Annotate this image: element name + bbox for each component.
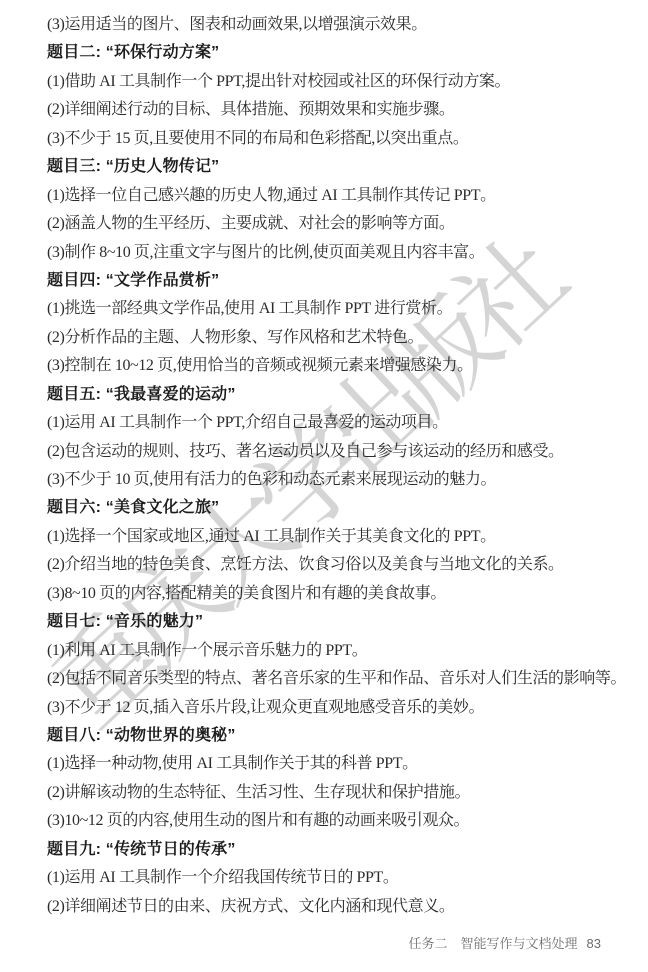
topic-heading: 题目二: “环保行动方案” bbox=[47, 39, 607, 67]
page-footer: 任务二智能写作与文档处理83 bbox=[409, 933, 602, 952]
footer-section-title: 智能写作与文档处理 bbox=[461, 936, 578, 951]
requirement-line: (2)包括不同音乐类型的特点、著名音乐家的生平和作品、音乐对人们生活的影响等。 bbox=[47, 665, 607, 693]
footer-task-label: 任务二 bbox=[409, 936, 448, 951]
topic-heading: 题目七: “音乐的魅力” bbox=[47, 608, 607, 636]
requirement-line: (1)挑选一部经典文学作品,使用 AI 工具制作 PPT 进行赏析。 bbox=[47, 295, 607, 323]
requirement-line: (2)详细阐述节日的由来、庆祝方式、文化内涵和现代意义。 bbox=[47, 893, 607, 921]
requirement-line: (3)不少于 10 页,使用有活力的色彩和动态元素来展现运动的魅力。 bbox=[47, 466, 607, 494]
requirement-line: (2)涵盖人物的生平经历、主要成就、对社会的影响等方面。 bbox=[47, 210, 607, 238]
requirement-line: (2)详细阐述行动的目标、具体措施、预期效果和实施步骤。 bbox=[47, 96, 607, 124]
requirement-line: (1)利用 AI 工具制作一个展示音乐魅力的 PPT。 bbox=[47, 637, 607, 665]
requirement-line: (1)选择一种动物,使用 AI 工具制作关于其的科普 PPT。 bbox=[47, 750, 607, 778]
requirement-line: (1)选择一个国家或地区,通过 AI 工具制作关于其美食文化的 PPT。 bbox=[47, 523, 607, 551]
topic-heading: 题目九: “传统节日的传承” bbox=[47, 836, 607, 864]
requirement-line: (2)包含运动的规则、技巧、著名运动员以及自己参与该运动的经历和感受。 bbox=[47, 438, 607, 466]
requirement-line: (2)讲解该动物的生态特征、生活习性、生存现状和保护措施。 bbox=[47, 779, 607, 807]
document-content: (3)运用适当的图片、图表和动画效果,以增强演示效果。题目二: “环保行动方案”… bbox=[47, 11, 607, 921]
requirement-line: (1)运用 AI 工具制作一个介绍我国传统节日的 PPT。 bbox=[47, 864, 607, 892]
requirement-line: (3)10~12 页的内容,使用生动的图片和有趣的动画来吸引观众。 bbox=[47, 807, 607, 835]
requirement-line: (1)借助 AI 工具制作一个 PPT,提出针对校园或社区的环保行动方案。 bbox=[47, 68, 607, 96]
requirement-line: (3)8~10 页的内容,搭配精美的美食图片和有趣的美食故事。 bbox=[47, 580, 607, 608]
requirement-line: (3)不少于 15 页,且要使用不同的布局和色彩搭配,以突出重点。 bbox=[47, 125, 607, 153]
topic-heading: 题目八: “动物世界的奥秘” bbox=[47, 722, 607, 750]
requirement-line: (1)运用 AI 工具制作一个 PPT,介绍自己最喜爱的运动项目。 bbox=[47, 409, 607, 437]
topic-heading: 题目六: “美食文化之旅” bbox=[47, 494, 607, 522]
requirement-line: (2)分析作品的主题、人物形象、写作风格和艺术特色。 bbox=[47, 324, 607, 352]
topic-heading: 题目五: “我最喜爱的运动” bbox=[47, 381, 607, 409]
requirement-line: (3)不少于 12 页,插入音乐片段,让观众更直观地感受音乐的美妙。 bbox=[47, 694, 607, 722]
topic-heading: 题目三: “历史人物传记” bbox=[47, 153, 607, 181]
requirement-line: (2)介绍当地的特色美食、烹饪方法、饮食习俗以及美食与当地文化的关系。 bbox=[47, 551, 607, 579]
topic-heading: 题目四: “文学作品赏析” bbox=[47, 267, 607, 295]
requirement-line: (1)选择一位自己感兴趣的历史人物,通过 AI 工具制作其传记 PPT。 bbox=[47, 182, 607, 210]
requirement-line: (3)控制在 10~12 页,使用恰当的音频或视频元素来增强感染力。 bbox=[47, 352, 607, 380]
requirement-line: (3)制作 8~10 页,注重文字与图片的比例,使页面美观且内容丰富。 bbox=[47, 239, 607, 267]
requirement-line: (3)运用适当的图片、图表和动画效果,以增强演示效果。 bbox=[47, 11, 607, 39]
document-page: 重庆大学出版社 (3)运用适当的图片、图表和动画效果,以增强演示效果。题目二: … bbox=[0, 0, 648, 972]
footer-page-number: 83 bbox=[587, 936, 601, 951]
